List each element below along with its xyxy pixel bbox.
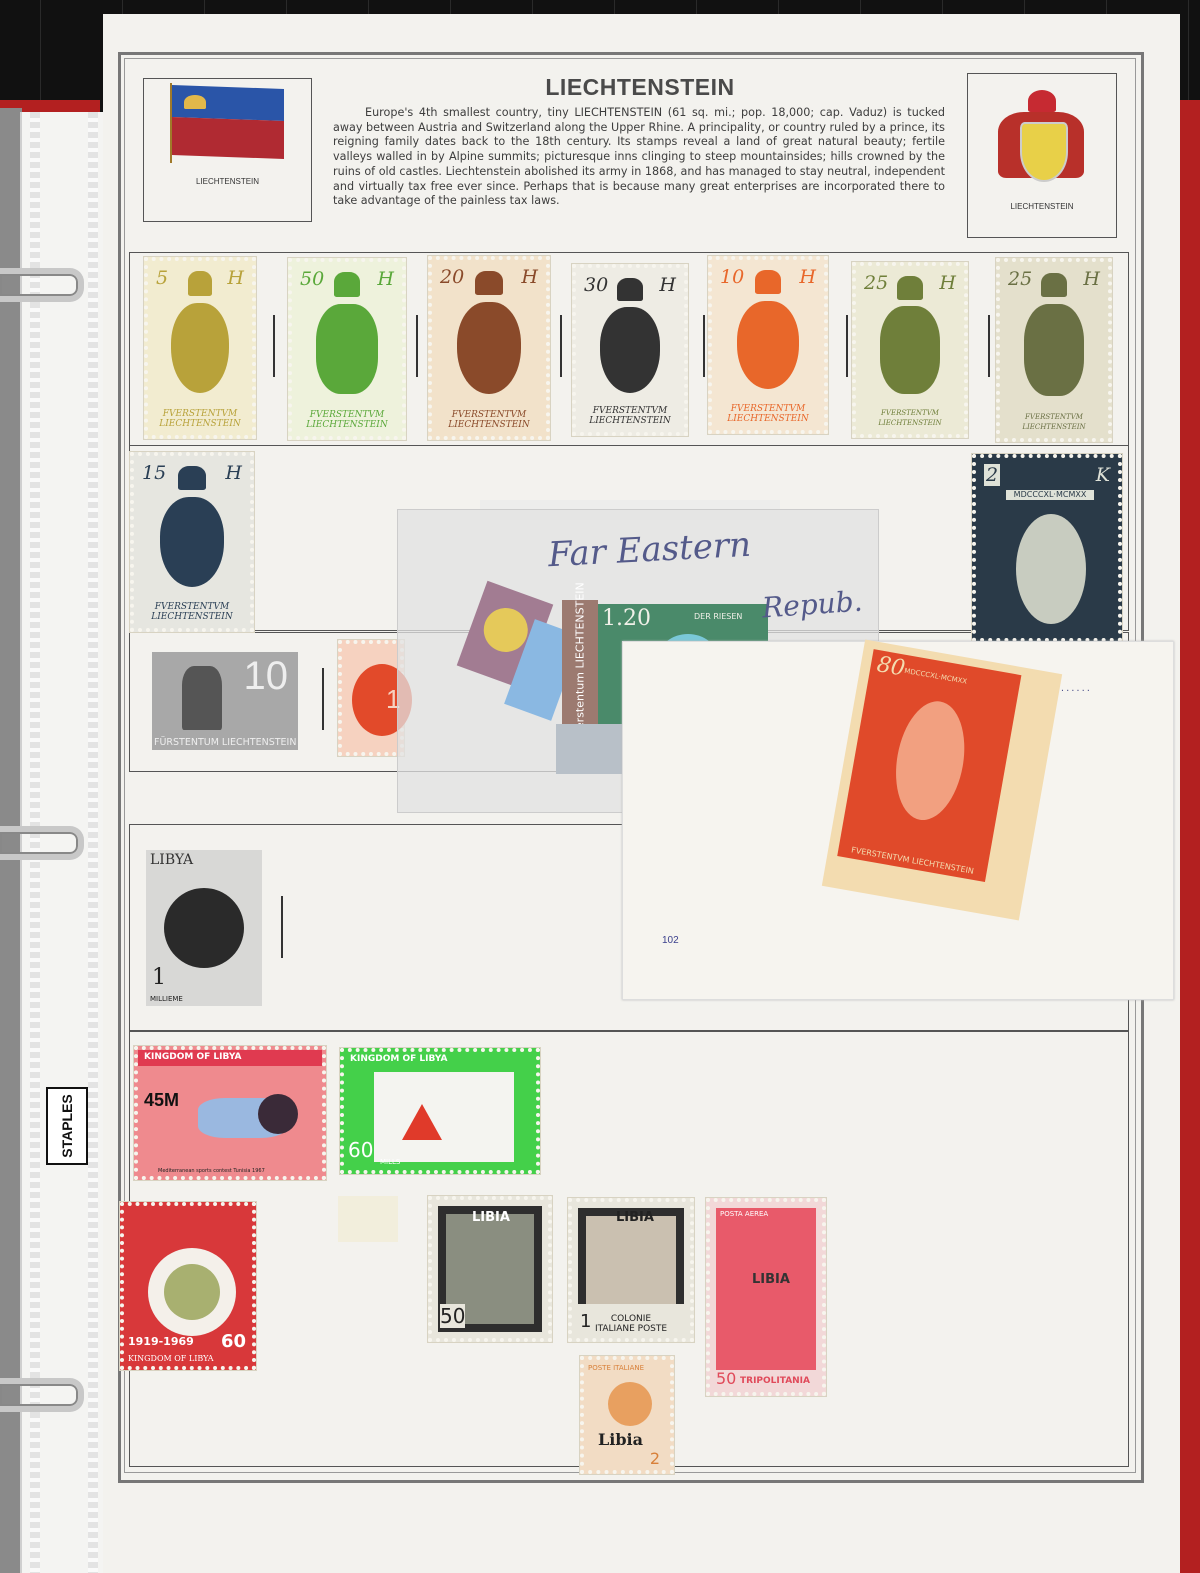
card-page-number: 102	[662, 935, 679, 946]
stamp-libia-1c[interactable]: LIBIA COLONIE ITALIANE POSTE 1	[568, 1198, 694, 1342]
flag-box: LIECHTENSTEIN	[143, 78, 312, 222]
coat-of-arms-icon	[457, 302, 521, 394]
ilo-emblem-icon	[164, 1264, 220, 1320]
madonna-icon	[1016, 514, 1086, 624]
eagle-icon	[608, 1382, 652, 1426]
intro-paragraph: Europe's 4th smallest country, tiny LIEC…	[333, 106, 945, 209]
coat-of-arms-icon	[600, 307, 660, 392]
plant-icon	[182, 666, 222, 730]
staples-logo: STAPLES	[46, 1087, 88, 1165]
rose-icon	[164, 888, 244, 968]
stamp-5h[interactable]: 5H FVERSTENTVM LIECHTENSTEIN	[144, 257, 256, 439]
arms-caption: LIECHTENSTEIN	[968, 202, 1116, 211]
page-title: LIECHTENSTEIN	[320, 74, 960, 101]
warning-triangle-icon	[402, 1104, 442, 1140]
crown-icon	[755, 270, 782, 294]
stamp-libya-rose[interactable]: LIBYA 1 MILLIEME	[146, 850, 262, 1006]
stamp-20h[interactable]: 20H FVERSTENTVM LIECHTENSTEIN	[428, 256, 550, 440]
stamp-divider	[322, 668, 324, 730]
hinge-remnant	[338, 1196, 398, 1242]
stamp-divider	[273, 315, 275, 377]
coat-of-arms-icon	[171, 303, 229, 393]
stamp-30h[interactable]: 30H FVERSTENTVM LIECHTENSTEIN	[572, 264, 688, 436]
stamp-divider	[846, 315, 848, 377]
stamp-glassine-fuerstentum[interactable]: Fuerstentum LIECHTENSTEIN	[562, 600, 598, 724]
stamp-10h[interactable]: 10H FVERSTENTVM LIECHTENSTEIN	[708, 256, 828, 434]
flagpole	[170, 83, 172, 163]
globe-icon	[258, 1094, 298, 1134]
coat-of-arms-icon	[737, 301, 800, 389]
stamp-divider	[416, 315, 418, 377]
crown-icon	[188, 271, 213, 295]
stamp-25h-2[interactable]: 25H FVERSTENTVM LIECHTENSTEIN	[996, 258, 1112, 442]
madonna-icon	[887, 696, 973, 826]
handwritten-note-2: Repub.	[761, 585, 863, 625]
castle-icon	[316, 304, 378, 394]
crown-icon	[617, 278, 643, 301]
crown-icon	[184, 95, 206, 109]
binder-ring-icon	[0, 826, 84, 860]
stamp-divider	[560, 315, 562, 377]
stamp-kingdom-libya-ilo[interactable]: 1919-1969 60 KINGDOM OF LIBYA	[120, 1202, 256, 1370]
chapel-icon	[880, 306, 940, 393]
chapel-icon	[1024, 304, 1084, 396]
crown-icon	[178, 466, 206, 490]
crown-icon	[475, 271, 502, 296]
stamp-80h-design: 80 MDCCCXL·MCMXX FVERSTENTVM LIECHTENSTE…	[837, 649, 1021, 882]
stamp-80h-madonna[interactable]: 80 MDCCCXL·MCMXX FVERSTENTVM LIECHTENSTE…	[822, 640, 1062, 921]
stamp-50h[interactable]: 50H FVERSTENTVM LIECHTENSTEIN	[288, 258, 406, 440]
stamp-2k-madonna[interactable]: 2K MDCCCXL·MCMXX	[972, 454, 1122, 642]
stamp-15h[interactable]: 15H FVERSTENTVM LIECHTENSTEIN	[130, 452, 254, 632]
sleeve-perforation	[88, 112, 98, 1573]
arms-box: LIECHTENSTEIN	[967, 73, 1117, 238]
stamp-divider	[703, 315, 705, 377]
coat-of-arms-icon	[160, 497, 225, 586]
binder-ring-icon	[0, 1378, 84, 1412]
ruins-icon	[716, 1208, 816, 1370]
crown-icon	[897, 276, 923, 300]
crown-icon	[1041, 273, 1067, 298]
crown-icon	[1028, 90, 1056, 112]
binder-ring-icon	[0, 268, 84, 302]
stamp-kingdom-libya-45m[interactable]: KINGDOM OF LIBYA 45M Mediterranean sport…	[134, 1046, 326, 1180]
flag-red-band	[172, 117, 284, 159]
stamp-divider	[281, 896, 283, 958]
stamp-25h[interactable]: 25H FVERSTENTVM LIECHTENSTEIN	[852, 262, 968, 438]
stamp-kingdom-libya-bridge[interactable]: KINGDOM OF LIBYA 60 MILLS	[340, 1048, 540, 1174]
stamp-glassine-grey[interactable]	[556, 724, 626, 774]
bridge-icon	[374, 1072, 514, 1162]
stamp-10-plant[interactable]: 10 FÜRSTENTUM LIECHTENSTEIN	[152, 652, 298, 750]
stamp-libia-tripolitania-50[interactable]: POSTA AEREA LIBIA 50 TRIPOLITANIA	[706, 1198, 826, 1396]
flag-caption: LIECHTENSTEIN	[144, 177, 311, 186]
stamp-libia-2c-eagle[interactable]: POSTE ITALIANE Libia 2	[580, 1356, 674, 1474]
stamp-libia-50c[interactable]: LIBIA 50	[428, 1196, 552, 1342]
stamp-divider	[988, 315, 990, 377]
stamp-1-numeral[interactable]: 1	[338, 640, 404, 756]
crown-icon	[334, 272, 360, 296]
coat-of-arms-icon	[1020, 122, 1068, 182]
